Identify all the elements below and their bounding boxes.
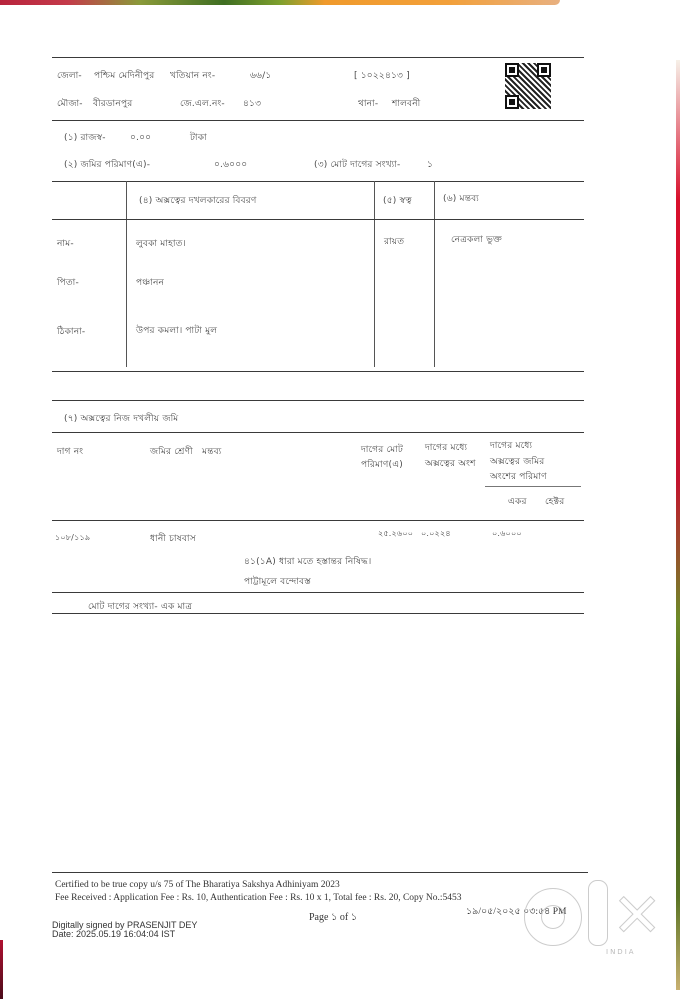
plot-count-label: (৩) মোট দাগের সংখ্যা- <box>314 157 400 172</box>
land-section-title: (৭) অক্সত্বের নিজ দখলীয় জমি <box>64 411 178 426</box>
photo-edge-top <box>0 0 560 5</box>
jl-value: ৪১৩ <box>243 96 261 111</box>
revenue-label: (১) রাজস্ব- <box>64 130 106 145</box>
owner-name-value: লুবকা মাহাত। <box>136 236 186 251</box>
col-land-class: জমির শ্রেণী <box>150 444 193 459</box>
district-label: জেলা- <box>57 68 82 83</box>
olx-region-label: INDIA <box>606 948 636 956</box>
share: ০.০২২৪ <box>421 528 451 541</box>
header-top-rule <box>52 57 584 58</box>
total-area: ২৫.২৬০০ <box>378 528 413 541</box>
qr-finder-icon <box>505 63 519 77</box>
col-share-area-1: দাগের মধ্যে <box>490 438 532 453</box>
address-label: ঠিকানা- <box>57 324 85 339</box>
address-value: উপর কমলা। পাটা মুল <box>136 323 217 338</box>
col-owner-details: (৪) অক্সত্বের দখলকারের বিবরণ <box>139 193 257 208</box>
khatian-value: ৬৬/১ <box>250 68 271 83</box>
land-class: ধানী চাষবাস <box>150 531 196 546</box>
land-header-top-rule <box>52 432 584 433</box>
bracket-number: [ ১০২২৪১৩ ] <box>354 68 410 83</box>
plot-count-value: ১ <box>427 157 433 172</box>
area-label: (২) জমির পরিমাণ(এ)- <box>64 157 150 172</box>
olx-logo-x-icon: ✕ <box>612 886 662 946</box>
page-number: Page ১ of ১ <box>309 910 357 927</box>
owner-table-bottom-rule <box>52 371 584 372</box>
khatian-label: খতিয়ান নং- <box>170 68 215 83</box>
total-plots: মোট দাগের সংখ্যা- এক মাত্র <box>88 599 192 614</box>
mouza-value: বীরডানপুর <box>93 96 132 111</box>
col-share-1: দাগের মধ্যে <box>425 440 467 455</box>
olx-logo-o-icon <box>524 888 582 946</box>
col-total-area-1: দাগের মোট <box>361 442 403 457</box>
owner-table-divider <box>434 181 435 367</box>
photo-edge-left <box>0 940 3 999</box>
row-note-1: ৪১(১A) ধারা মতে হস্তান্তর নিষিদ্ধ। <box>244 554 371 569</box>
header-bottom-rule <box>52 120 584 121</box>
col-land-remarks: মন্তব্য <box>202 444 221 459</box>
footer-rule <box>52 872 588 873</box>
unit-acre: একর <box>508 494 527 509</box>
land-table-bottom-rule <box>52 592 584 593</box>
owner-name-label: নাম- <box>57 236 74 251</box>
qr-finder-icon <box>505 95 519 109</box>
unit-hectare: হেক্টর <box>545 494 564 509</box>
revenue-unit: টাকা <box>190 130 207 145</box>
thana-label: থানা- <box>358 96 378 111</box>
revenue-value: ০.০০ <box>130 130 151 145</box>
plot-no: ১০৮/১১৯ <box>55 532 90 545</box>
land-header-bottom-rule <box>52 520 584 521</box>
photo-edge-right <box>676 60 680 990</box>
olx-logo-l-icon <box>588 880 608 946</box>
owner-table-top-rule <box>52 181 584 182</box>
owner-table-divider <box>126 181 127 367</box>
father-label: পিতা- <box>57 275 79 290</box>
jl-label: জে.এল.নং- <box>180 96 225 111</box>
land-section-top-rule <box>52 400 584 401</box>
col-share-2: অক্সত্বের অংশ <box>425 456 476 471</box>
qr-code-icon <box>505 63 551 109</box>
share-area: ০.৬০০০ <box>492 528 522 541</box>
area-value: ০.৬০০০ <box>214 157 247 172</box>
col-share-area-3: অংশের পরিমাণ <box>490 469 547 484</box>
owner-right-value: রায়ত <box>384 234 404 249</box>
fee-text: Fee Received : Application Fee : Rs. 10,… <box>55 893 462 903</box>
mouza-label: মৌজা- <box>57 96 83 111</box>
certified-text: Certified to be true copy u/s 75 of The … <box>55 880 340 890</box>
owner-table-header-rule <box>52 219 584 220</box>
col-remarks: (৬) মন্তব্য <box>443 191 479 206</box>
signed-date: Date: 2025.05.19 16:04:04 IST <box>52 929 175 939</box>
father-value: পঞ্চানন <box>136 275 164 290</box>
col-right: (৫) স্বত্ব <box>383 193 412 208</box>
col-plot-no: দাগ নং <box>57 444 83 459</box>
row-note-2: পাট্টামূলে বন্দোবস্ত <box>244 574 311 589</box>
unit-rule <box>485 486 581 487</box>
district-value: পশ্চিম মেদিনীপুর <box>94 68 154 83</box>
owner-table-divider <box>374 181 375 367</box>
col-total-area-2: পরিমাণ(এ) <box>361 457 403 472</box>
land-section-end-rule <box>52 613 584 614</box>
thana-value: শালবনী <box>392 96 420 111</box>
qr-finder-icon <box>537 63 551 77</box>
owner-remarks-value: নেত্রকলা ভুক্ত <box>451 232 502 247</box>
col-share-area-2: অক্সত্বের জমির <box>490 454 544 469</box>
